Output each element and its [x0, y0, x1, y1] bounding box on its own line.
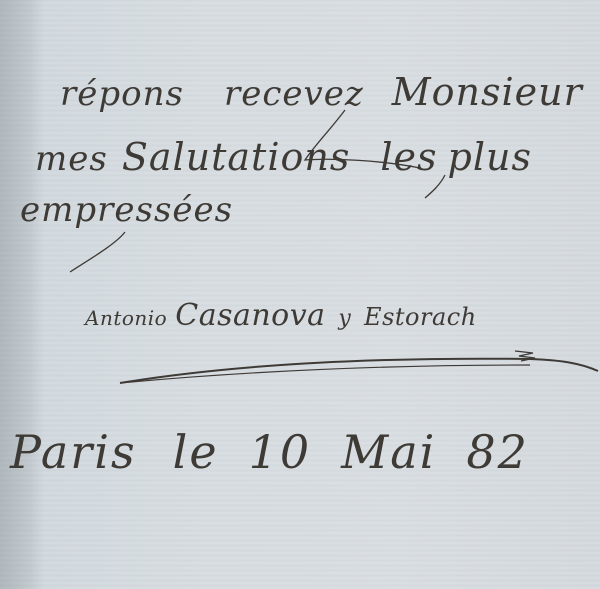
signature-flourish-icon: [110, 345, 600, 395]
page-edge-shadow: [0, 0, 40, 589]
word: mes: [35, 139, 108, 179]
word: empressées: [20, 190, 233, 230]
word: recevez: [224, 74, 364, 114]
date-day: 10: [249, 425, 312, 479]
body-line-2: mesSalutationslesplus: [35, 135, 532, 179]
signature-first-name: Antonio: [85, 306, 167, 330]
date-place: Paris: [10, 425, 137, 479]
body-line-1: réponsrecevezMonsieur: [60, 70, 583, 114]
word: Monsieur: [392, 70, 583, 114]
word: plus: [448, 135, 532, 179]
body-line-3: empressées: [20, 190, 233, 230]
date-year: 82: [466, 425, 529, 479]
signature: AntonioCasanova y Estorach: [85, 298, 477, 333]
signature-conjunction: y: [338, 306, 351, 331]
word: les: [380, 135, 437, 179]
signature-maternal-surname: Estorach: [364, 303, 477, 331]
date-article: le: [173, 425, 219, 479]
word: répons: [60, 74, 184, 114]
letter-page: réponsrecevezMonsieur mesSalutationslesp…: [0, 0, 600, 589]
signature-surname: Casanova: [175, 298, 325, 333]
date-month: Mai: [341, 425, 436, 479]
dateline: Parisle10Mai82: [10, 425, 529, 479]
word: Salutations: [122, 135, 351, 179]
